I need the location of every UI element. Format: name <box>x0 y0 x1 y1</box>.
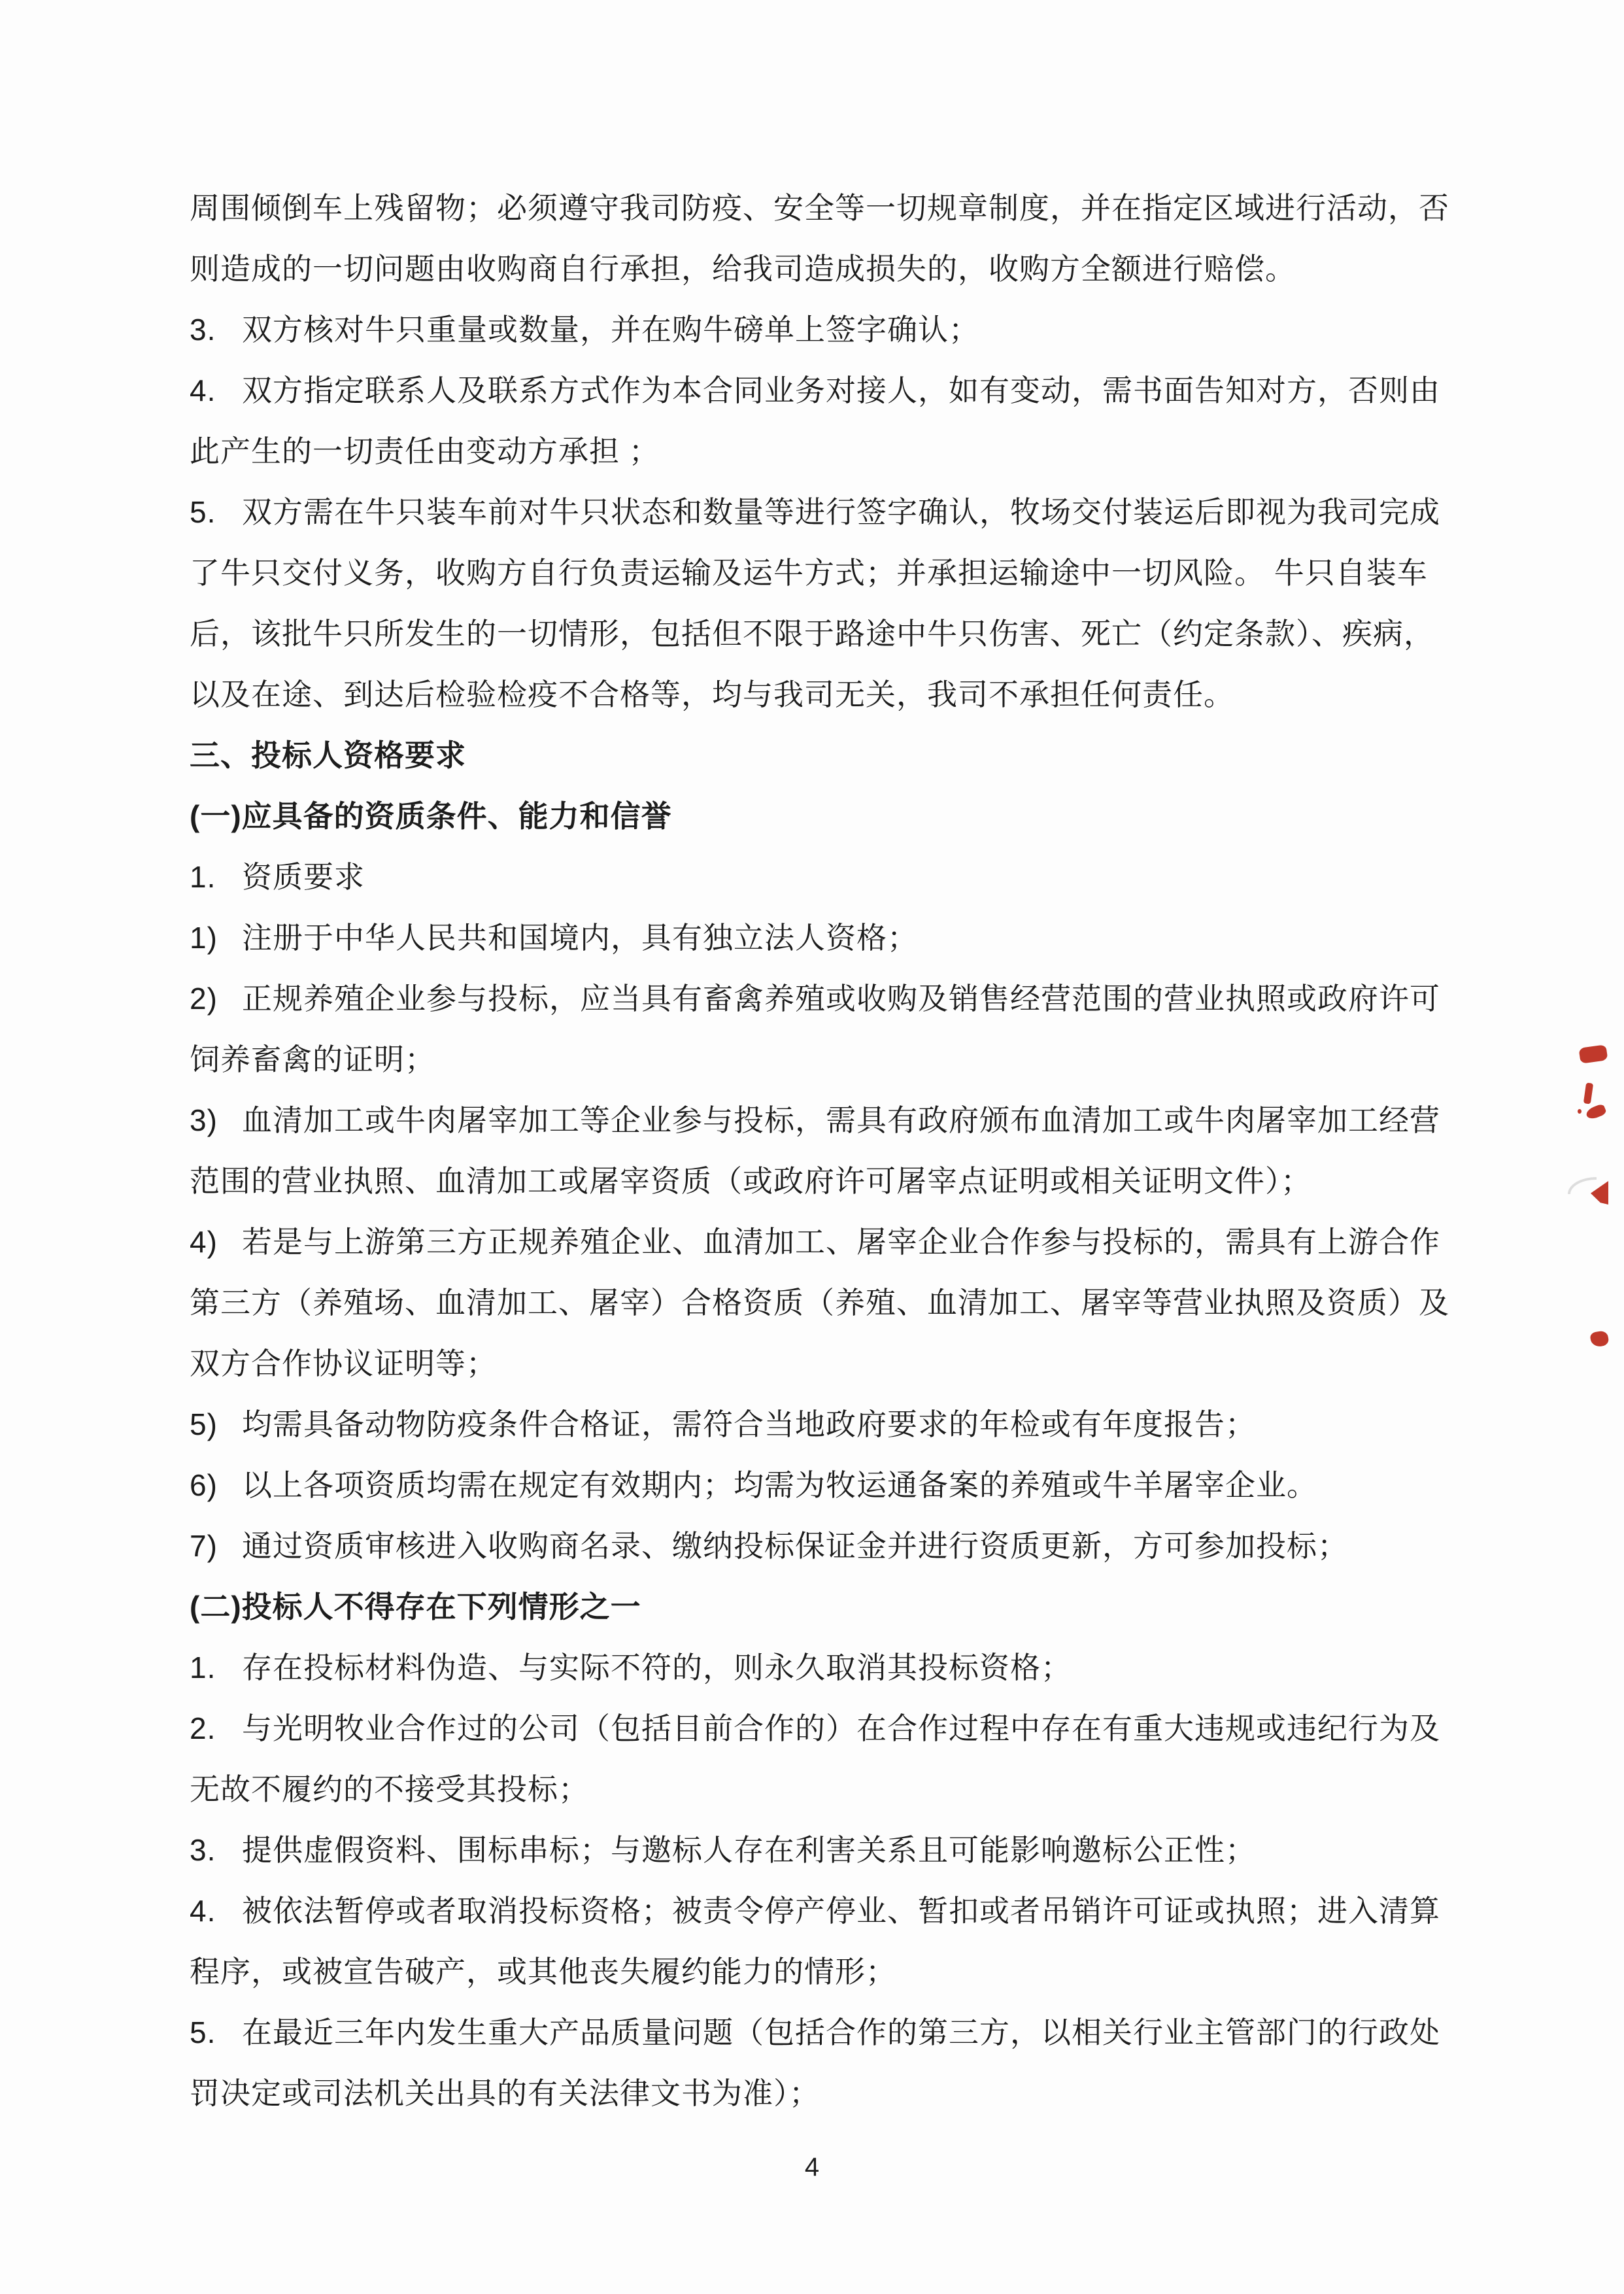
text-line: 2.与光明牧业合作过的公司（包括目前合作的）在合作过程中存在有重大违规或违纪行为… <box>190 1698 1442 1759</box>
list-item-marker: 3) <box>190 1090 242 1151</box>
line-text: 罚决定或司法机关出具的有关法律文书为准）； <box>190 2076 820 2110</box>
list-item-marker: 4. <box>190 1881 242 1942</box>
line-text: 三、投标人资格要求 <box>190 738 466 772</box>
line-text: 血清加工或牛肉屠宰加工等企业参与投标，需具有政府颁布血清加工或牛肉屠宰加工经营 <box>242 1103 1440 1137</box>
line-text: 均需具备动物防疫条件合格证，需符合当地政府要求的年检或有年度报告； <box>242 1407 1256 1441</box>
heading-line: (一)应具备的资质条件、能力和信誉 <box>190 786 1442 847</box>
heading-line: 三、投标人资格要求 <box>190 725 1442 786</box>
text-line: 范围的营业执照、血清加工或屠宰资质（或政府许可屠宰点证明或相关证明文件）； <box>190 1151 1442 1212</box>
line-text: 范围的营业执照、血清加工或屠宰资质（或政府许可屠宰点证明或相关证明文件）； <box>190 1164 1311 1198</box>
text-line: 5.在最近三年内发生重大产品质量问题（包括合作的第三方，以相关行业主管部门的行政… <box>190 2002 1442 2063</box>
line-text: 后，该批牛只所发生的一切情形，包括但不限于路途中牛只伤害、死亡（约定条款）、疾病… <box>190 617 1434 651</box>
line-text: 提供虚假资料、围标串标；与邀标人存在利害关系且可能影响邀标公正性； <box>242 1833 1256 1867</box>
line-text: 了牛只交付义务，收购方自行负责运输及运牛方式；并承担运输途中一切风险。 牛只自装… <box>190 556 1428 590</box>
text-line: 3)血清加工或牛肉屠宰加工等企业参与投标，需具有政府颁布血清加工或牛肉屠宰加工经… <box>190 1090 1442 1151</box>
line-text: 存在投标材料伪造、与实际不符的，则永久取消其投标资格； <box>242 1651 1072 1685</box>
line-text: 此产生的一切责任由变动方承担 ； <box>190 434 660 468</box>
text-line: 则造成的一切问题由收购商自行承担，给我司造成损失的，收购方全额进行赔偿。 <box>190 239 1442 300</box>
line-text: 程序，或被宣告破产，或其他丧失履约能力的情形； <box>190 1955 896 1989</box>
text-line: 饲养畜禽的证明； <box>190 1029 1442 1090</box>
page-number: 4 <box>0 2153 1624 2182</box>
document-page: 周围倾倒车上残留物；必须遵守我司防疫、安全等一切规章制度，并在指定区域进行活动，… <box>0 0 1624 2294</box>
text-line: 双方合作协议证明等； <box>190 1333 1442 1394</box>
gray-arc-mark <box>1568 1177 1597 1194</box>
red-ink-mark <box>1579 1044 1608 1064</box>
list-item-marker: 5. <box>190 482 242 543</box>
text-line: 1)注册于中华人民共和国境内，具有独立法人资格； <box>190 908 1442 968</box>
list-item-marker: 1) <box>190 908 242 968</box>
line-text: 以及在途、到达后检验检疫不合格等，均与我司无关，我司不承担任何责任。 <box>190 677 1234 711</box>
line-text: 双方指定联系人及联系方式作为本合同业务对接人，如有变动，需书面告知对方，否则由 <box>242 373 1440 407</box>
line-text: 资质要求 <box>242 860 365 894</box>
text-line: 4.被依法暂停或者取消投标资格；被责令停产停业、暂扣或者吊销许可证或执照；进入清… <box>190 1881 1442 1942</box>
line-text: (二)投标人不得存在下列情形之一 <box>190 1590 641 1624</box>
heading-line: (二)投标人不得存在下列情形之一 <box>190 1577 1442 1637</box>
text-line: 后，该批牛只所发生的一切情形，包括但不限于路途中牛只伤害、死亡（约定条款）、疾病… <box>190 604 1442 664</box>
list-item-marker: 3. <box>190 300 242 360</box>
line-text: 与光明牧业合作过的公司（包括目前合作的）在合作过程中存在有重大违规或违纪行为及 <box>242 1711 1440 1745</box>
list-item-marker: 6) <box>190 1455 242 1516</box>
text-line: 7)通过资质审核进入收购商名录、缴纳投标保证金并进行资质更新，方可参加投标； <box>190 1516 1442 1577</box>
line-text: 被依法暂停或者取消投标资格；被责令停产停业、暂扣或者吊销许可证或执照；进入清算 <box>242 1894 1440 1928</box>
text-line: 5)均需具备动物防疫条件合格证，需符合当地政府要求的年检或有年度报告； <box>190 1394 1442 1455</box>
line-text: 双方需在牛只装车前对牛只状态和数量等进行签字确认，牧场交付装运后即视为我司完成 <box>242 495 1440 529</box>
list-item-marker: 5) <box>190 1394 242 1455</box>
red-ink-mark <box>1578 1109 1582 1114</box>
line-text: 正规养殖企业参与投标，应当具有畜禽养殖或收购及销售经营范围的营业执照或政府许可 <box>242 982 1440 1016</box>
text-line: 第三方（养殖场、血清加工、屠宰）合格资质（养殖、血清加工、屠宰等营业执照及资质）… <box>190 1273 1442 1333</box>
text-block: 周围倾倒车上残留物；必须遵守我司防疫、安全等一切规章制度，并在指定区域进行活动，… <box>190 178 1442 2124</box>
list-item-marker: 3. <box>190 1820 242 1881</box>
list-item-marker: 4) <box>190 1212 242 1273</box>
text-line: 了牛只交付义务，收购方自行负责运输及运牛方式；并承担运输途中一切风险。 牛只自装… <box>190 543 1442 604</box>
red-ink-mark <box>1583 1082 1593 1104</box>
red-ink-mark <box>1589 1330 1610 1348</box>
text-line: 3.提供虚假资料、围标串标；与邀标人存在利害关系且可能影响邀标公正性； <box>190 1820 1442 1881</box>
text-line: 周围倾倒车上残留物；必须遵守我司防疫、安全等一切规章制度，并在指定区域进行活动，… <box>190 178 1442 239</box>
text-line: 5.双方需在牛只装车前对牛只状态和数量等进行签字确认，牧场交付装运后即视为我司完… <box>190 482 1442 543</box>
list-item-marker: 2) <box>190 968 242 1029</box>
line-text: 通过资质审核进入收购商名录、缴纳投标保证金并进行资质更新，方可参加投标； <box>242 1529 1348 1563</box>
line-text: 以上各项资质均需在规定有效期内；均需为牧运通备案的养殖或牛羊屠宰企业。 <box>242 1468 1317 1502</box>
line-text: 注册于中华人民共和国境内，具有独立法人资格； <box>242 921 918 955</box>
text-line: 以及在途、到达后检验检疫不合格等，均与我司无关，我司不承担任何责任。 <box>190 664 1442 725</box>
text-line: 3.双方核对牛只重量或数量，并在购牛磅单上签字确认； <box>190 300 1442 360</box>
text-line: 1.存在投标材料伪造、与实际不符的，则永久取消其投标资格； <box>190 1637 1442 1698</box>
text-line: 4)若是与上游第三方正规养殖企业、血清加工、屠宰企业合作参与投标的，需具有上游合… <box>190 1212 1442 1273</box>
line-text: 周围倾倒车上残留物；必须遵守我司防疫、安全等一切规章制度，并在指定区域进行活动，… <box>190 191 1449 225</box>
text-line: 程序，或被宣告破产，或其他丧失履约能力的情形； <box>190 1942 1442 2002</box>
line-text: 若是与上游第三方正规养殖企业、血清加工、屠宰企业合作参与投标的，需具有上游合作 <box>242 1225 1440 1259</box>
text-line: 6)以上各项资质均需在规定有效期内；均需为牧运通备案的养殖或牛羊屠宰企业。 <box>190 1455 1442 1516</box>
line-text: 双方合作协议证明等； <box>190 1346 497 1380</box>
line-text: (一)应具备的资质条件、能力和信誉 <box>190 799 672 833</box>
text-line: 1.资质要求 <box>190 847 1442 908</box>
list-item-marker: 7) <box>190 1516 242 1577</box>
list-item-marker: 1. <box>190 847 242 908</box>
text-line: 4.双方指定联系人及联系方式作为本合同业务对接人，如有变动，需书面告知对方，否则… <box>190 360 1442 421</box>
line-text: 双方核对牛只重量或数量，并在购牛磅单上签字确认； <box>242 313 979 347</box>
list-item-marker: 2. <box>190 1698 242 1759</box>
list-item-marker: 1. <box>190 1637 242 1698</box>
list-item-marker: 4. <box>190 360 242 421</box>
text-line: 2)正规养殖企业参与投标，应当具有畜禽养殖或收购及销售经营范围的营业执照或政府许… <box>190 968 1442 1029</box>
line-text: 无故不履约的不接受其投标； <box>190 1772 589 1806</box>
line-text: 第三方（养殖场、血清加工、屠宰）合格资质（养殖、血清加工、屠宰等营业执照及资质）… <box>190 1286 1449 1320</box>
text-line: 此产生的一切责任由变动方承担 ； <box>190 421 1442 482</box>
list-item-marker: 5. <box>190 2002 242 2063</box>
text-line: 罚决定或司法机关出具的有关法律文书为准）； <box>190 2063 1442 2124</box>
red-ink-mark <box>1585 1103 1607 1121</box>
line-text: 饲养畜禽的证明； <box>190 1042 435 1076</box>
line-text: 则造成的一切问题由收购商自行承担，给我司造成损失的，收购方全额进行赔偿。 <box>190 252 1296 286</box>
line-text: 在最近三年内发生重大产品质量问题（包括合作的第三方，以相关行业主管部门的行政处 <box>242 2015 1440 2049</box>
text-line: 无故不履约的不接受其投标； <box>190 1759 1442 1820</box>
